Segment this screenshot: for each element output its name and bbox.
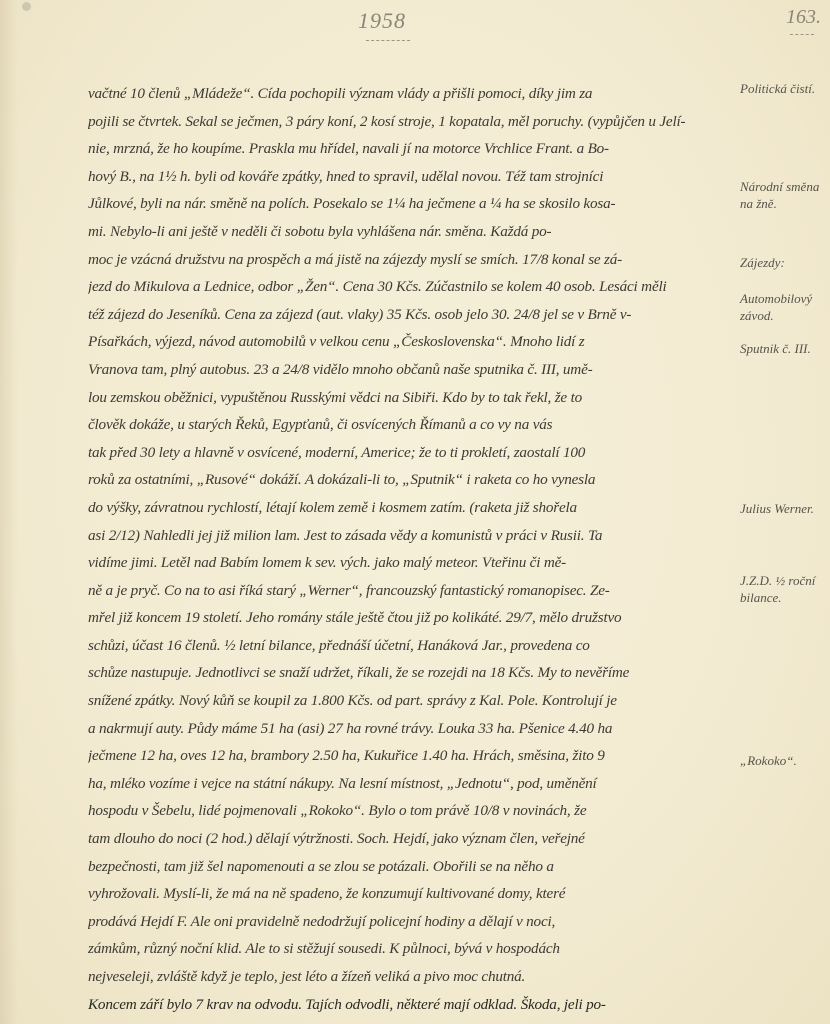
text-line: prodává Hejdí F. Ale oni pravidelně nedo… — [88, 908, 728, 936]
year-underline — [366, 40, 410, 41]
text-line: vačtné 10 členů „Mládeže“. Cída pochopil… — [88, 80, 728, 108]
text-line: ječmene 12 ha, oves 12 ha, brambory 2.50… — [88, 742, 728, 770]
text-line: Vranova tam, plný autobus. 23 a 24/8 vid… — [88, 356, 728, 384]
text-line: Jůlkové, byli na nár. směně na polích. P… — [88, 190, 728, 218]
margin-note: J.Z.D. ½ roční bilance. — [740, 572, 830, 606]
text-line: vidíme jimi. Letěl nad Babím lomem k sev… — [88, 549, 728, 577]
margin-note: Julius Werner. — [740, 500, 830, 517]
text-line: schůzi, účast 16 členů. ½ letní bilance,… — [88, 632, 728, 660]
handwritten-main-text: vačtné 10 členů „Mládeže“. Cída pochopil… — [88, 80, 728, 1018]
text-line: ně a je pryč. Co na to asi říká starý „W… — [88, 577, 728, 605]
margin-note: Zájezdy: — [740, 254, 830, 271]
text-line: jezd do Mikulova a Lednice, odbor „Žen“.… — [88, 273, 728, 301]
text-line: nie, mrzná, že ho koupíme. Praskla mu hř… — [88, 135, 728, 163]
margin-note: Automobilový závod. — [740, 290, 830, 324]
text-line: nejveseleji, zvláště když je teplo, jest… — [88, 963, 728, 991]
text-line: vyhrožovali. Myslí-li, že má na ně spade… — [88, 880, 728, 908]
text-line: zámkům, různý noční klid. Ale to si stěž… — [88, 935, 728, 963]
text-line: Koncem září bylo 7 krav na odvodu. Tajíc… — [88, 991, 728, 1019]
text-line: lou zemskou oběžnici, vypuštěnou Rusským… — [88, 384, 728, 412]
text-line: do výšky, závratnou rychlostí, létají ko… — [88, 494, 728, 522]
text-line: asi 2/12) Nahledli jej již milion lam. J… — [88, 522, 728, 550]
margin-note: Politická čistí. — [740, 80, 830, 97]
chronicle-page: 1958 163. vačtné 10 členů „Mládeže“. Cíd… — [0, 0, 830, 1024]
page-gutter-shadow — [0, 0, 18, 1024]
text-line: pojili se čtvrtek. Sekal se ječmen, 3 pá… — [88, 108, 728, 136]
text-line: schůze nastupuje. Jednotlivci se snaží u… — [88, 659, 728, 687]
text-line: ha, mléko vozíme i vejce na státní nákup… — [88, 770, 728, 798]
margin-note: „Rokoko“. — [740, 752, 830, 769]
page-number: 163. — [786, 6, 821, 29]
text-line: též zájezd do Jeseníků. Cena za zájezd (… — [88, 301, 728, 329]
text-line: tam dlouho do noci (2 hod.) dělají výtrž… — [88, 825, 728, 853]
text-line: Písařkách, výjezd, návod automobilů v ve… — [88, 328, 728, 356]
page-year-heading: 1958 — [358, 8, 406, 34]
text-line: hospodu v Šebelu, lidé pojmenovali „Roko… — [88, 797, 728, 825]
text-line: mi. Nebylo-li ani ještě v neděli či sobo… — [88, 218, 728, 246]
text-line: člověk dokáže, u starých Řeků, Egypťanů,… — [88, 411, 728, 439]
text-line: mřel již koncem 19 století. Jeho romány … — [88, 604, 728, 632]
page-number-underline — [790, 34, 814, 35]
margin-note: Národní směna na žně. — [740, 178, 830, 212]
text-line: hový B., na 1½ h. byli od kováře zpátky,… — [88, 163, 728, 191]
text-line: moc je vzácná družstvu na prospěch a má … — [88, 246, 728, 274]
margin-note: Sputnik č. III. — [740, 340, 830, 357]
text-line: snížené zpátky. Nový kůň se koupil za 1.… — [88, 687, 728, 715]
text-line: roků za ostatními, „Rusové“ dokáží. A do… — [88, 466, 728, 494]
text-line: a nakrmují auty. Půdy máme 51 ha (asi) 2… — [88, 715, 728, 743]
paper-smudge — [22, 2, 31, 11]
text-line: bezpečnosti, tam již šel napomenouti a s… — [88, 853, 728, 881]
text-line: tak před 30 lety a hlavně v osvícené, mo… — [88, 439, 728, 467]
